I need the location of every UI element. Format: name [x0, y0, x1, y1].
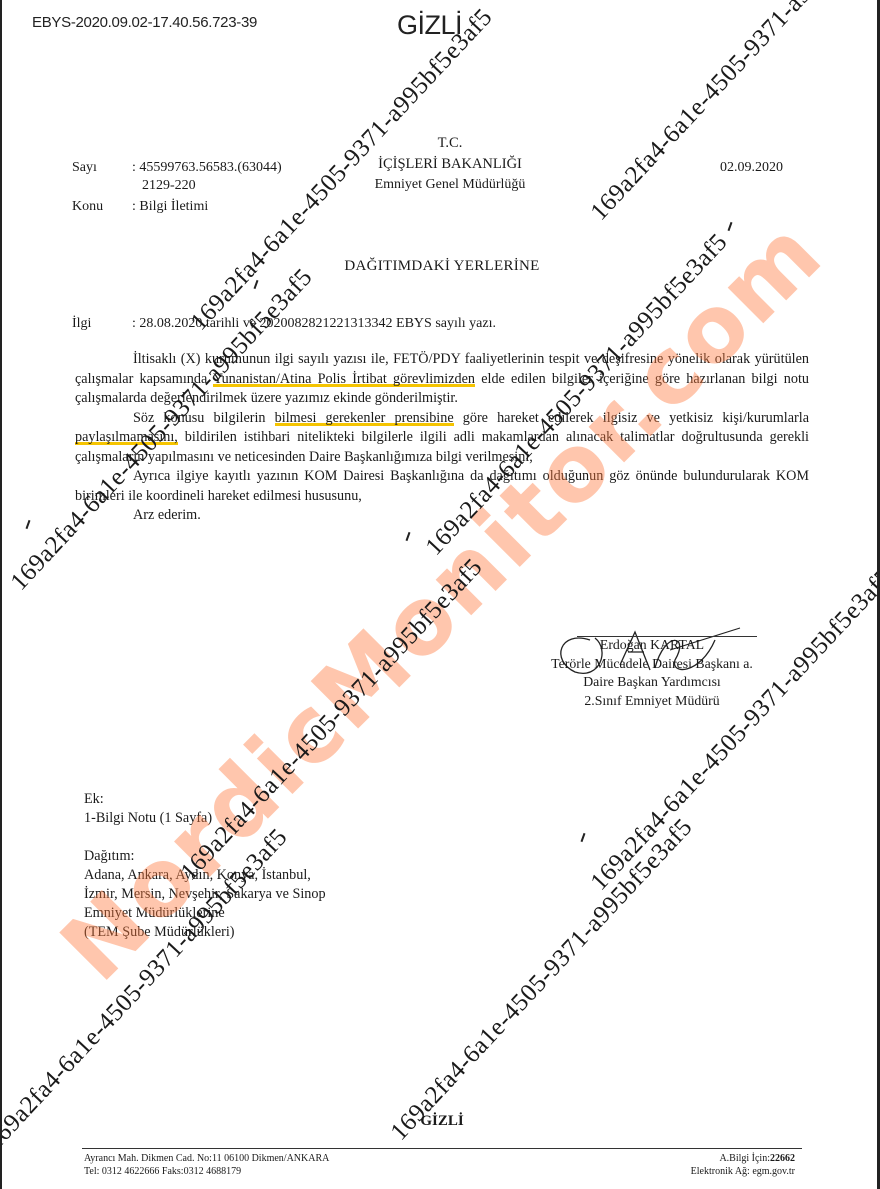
attachments-label: Ek:	[84, 790, 326, 809]
sayi-value-line-2: 2129-220	[142, 178, 196, 194]
separator-mark	[406, 532, 411, 541]
addressee-heading: DAĞITIMDAKİ YERLERİNE	[2, 258, 880, 275]
hash-watermark: 169a2fa4-6a1e-4505-9371-a995bf5e3af5	[585, 564, 880, 897]
distribution-line: Emniyet Müdürlüklerine	[84, 904, 326, 923]
highlight-not-shared: paylaşılmamasını,	[75, 429, 178, 445]
distribution-line: Adana, Ankara, Aydın, Konya, İstanbul,	[84, 866, 326, 885]
reference-value: : 28.08.2020 tarihli ve 2020082821221313…	[132, 316, 496, 332]
classification-top: GİZLİ	[397, 10, 462, 41]
distribution-line: (TEM Şube Müdürlükleri)	[84, 923, 326, 942]
separator-mark	[26, 520, 31, 529]
sayi-label: Sayı	[72, 160, 97, 176]
paragraph-3: Ayrıca ilgiye kayıtlı yazının KOM Daires…	[75, 467, 809, 506]
separator-mark	[581, 833, 586, 842]
closing-line: Arz ederim.	[75, 506, 809, 526]
highlight-atina-liaison: Yunanistan/Atina Polis İrtibat görevlimi…	[213, 371, 475, 387]
directorate-heading: Emniyet Genel Müdürlüğü	[10, 177, 880, 193]
footer-info: A.Bilgi İçin:22662 Elektronik Ağ: egm.go…	[691, 1152, 795, 1178]
paragraph-2: Söz konusu bilgilerin bilmesi gerekenler…	[75, 409, 809, 468]
footer-contact: Ayrancı Mah. Dikmen Cad. No:11 06100 Dik…	[84, 1152, 329, 1178]
document-date: 02.09.2020	[720, 160, 783, 176]
hash-watermark: 169a2fa4-6a1e-4505-9371-a995bf5e3af5	[385, 814, 698, 1147]
separator-mark	[254, 280, 259, 289]
footer-address: Ayrancı Mah. Dikmen Cad. No:11 06100 Dik…	[84, 1152, 329, 1165]
reference-label: İlgi	[72, 316, 91, 332]
paragraph-1: İltisaklı (X) kurumunun ilgi sayılı yazı…	[75, 350, 809, 409]
footer-phone: Tel: 0312 4622666 Faks:0312 4688179	[84, 1165, 329, 1178]
document-page: EBYS-2020.09.02-17.40.56.723-39 GİZLİ T.…	[0, 0, 880, 1189]
signature-block: Erdoğan KARTAL Terörle Mücadele Dairesi …	[507, 636, 797, 710]
footer-network: Elektronik Ağ: egm.gov.tr	[691, 1165, 795, 1178]
info-value: 22662	[770, 1153, 795, 1164]
signatory-title-1: Terörle Mücadele Dairesi Başkanı a.	[507, 655, 797, 674]
sayi-value: : 45599763.56583.(63044)	[132, 160, 282, 176]
signatory-name: Erdoğan KARTAL	[507, 636, 797, 655]
attachments-and-distribution: Ek: 1-Bilgi Notu (1 Sayfa) Dağıtım: Adan…	[84, 790, 326, 942]
letter-body: İltisaklı (X) kurumunun ilgi sayılı yazı…	[75, 350, 809, 526]
signatory-title-3: 2.Sınıf Emniyet Müdürü	[507, 692, 797, 711]
signatory-title-2: Daire Başkan Yardımcısı	[507, 673, 797, 692]
attachment-item: 1-Bilgi Notu (1 Sayfa)	[84, 809, 326, 828]
distribution-label: Dağıtım:	[84, 847, 326, 866]
ebys-document-id: EBYS-2020.09.02-17.40.56.723-39	[32, 14, 257, 31]
konu-value: : Bilgi İletimi	[132, 199, 208, 215]
classification-bottom: GİZLİ	[2, 1113, 880, 1130]
konu-label: Konu	[72, 199, 103, 215]
separator-mark	[728, 222, 733, 231]
footer-divider	[82, 1148, 802, 1149]
info-label: A.Bilgi İçin:	[719, 1153, 770, 1164]
country-heading: T.C.	[10, 135, 880, 152]
distribution-line: İzmir, Mersin, Nevşehir, Sakarya ve Sino…	[84, 885, 326, 904]
highlight-need-to-know: bilmesi gerekenler prensibine	[275, 410, 454, 426]
